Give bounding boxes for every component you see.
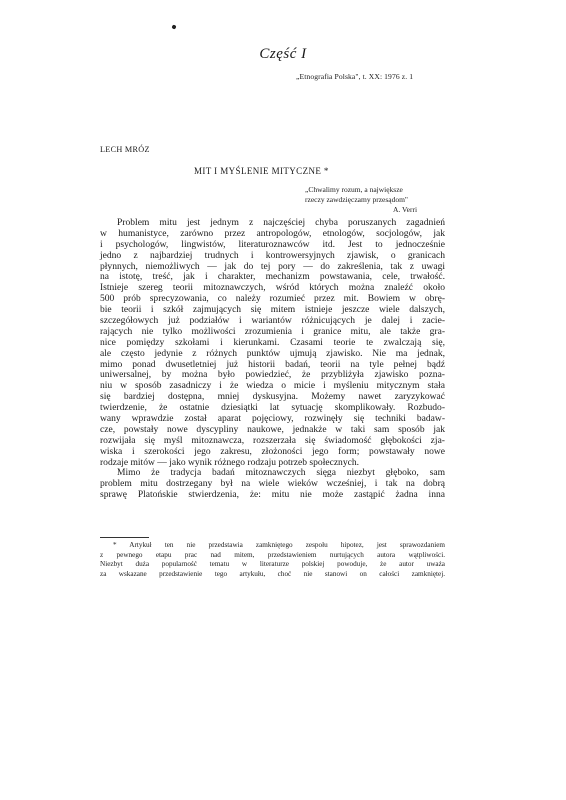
body-line: sprawę Platońskie stwierdzenia, że: mitu… [100, 490, 445, 501]
epigraph: „Chwalimy rozum, a największe rzeczy zaw… [305, 185, 445, 215]
scan-speck [171, 24, 176, 29]
journal-reference: „Etnografia Polska", t. XX: 1976 z. 1 [296, 72, 413, 81]
epigraph-line: rzeczy zawdzięczamy przesądom" [305, 195, 445, 205]
footnote-line: z pewnego etapu prac nad mitem, przedsta… [100, 551, 445, 561]
footnote-divider [100, 537, 149, 538]
body-line: jedno z najbardziej trudnych i kontrower… [100, 251, 445, 262]
footnote-line: za wskazane przedstawienie tego artykułu… [100, 570, 445, 580]
epigraph-line: „Chwalimy rozum, a największe [305, 185, 445, 195]
footnote-line: Niezbyt duża popularność tematu w litera… [100, 560, 445, 570]
part-heading: Część I [0, 46, 566, 63]
article-title: MIT I MYŚLENIE MITYCZNE * [194, 166, 329, 176]
body-line: wiska i szerokości jego zakresu, złożono… [100, 447, 445, 458]
body-line: ale często jedynie z różnych punktów ujm… [100, 349, 445, 360]
footnote: * Artykuł ten nie przedstawia zamknięteg… [100, 541, 445, 580]
author-name: LECH MRÓZ [100, 145, 150, 154]
epigraph-attribution: A. Verri [305, 205, 445, 215]
article-body: Problem mitu jest jednym z najczęściej c… [100, 218, 445, 501]
footnote-line: * Artykuł ten nie przedstawia zamknięteg… [100, 541, 445, 551]
